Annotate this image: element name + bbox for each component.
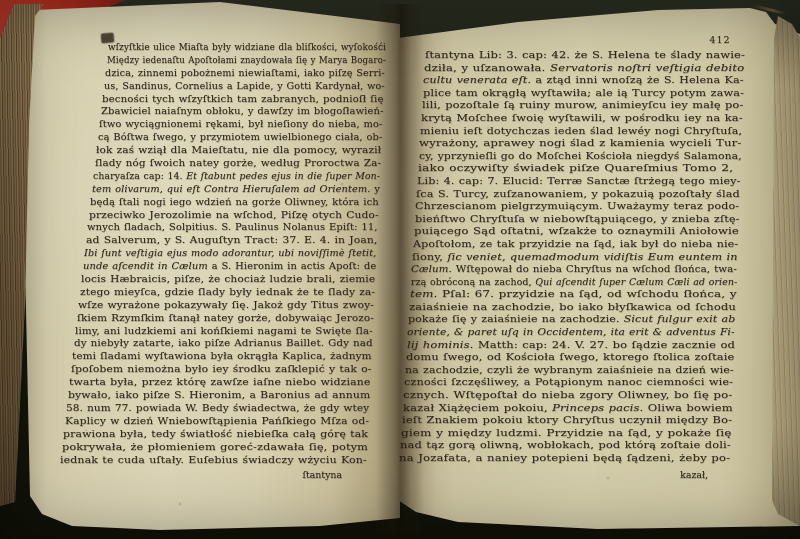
text-line: domu ſwego, od Kościoła ſwego, ktorego ſ… xyxy=(406,352,734,365)
text-line: Cælum. Wſtępował do nieba Chryſtus na wſ… xyxy=(411,264,737,277)
text-line: krytą Moſchee ſwoię wyſtawili, w pośrodk… xyxy=(421,113,743,126)
text-line: becności tych wſzyſtkich tam zabranych, … xyxy=(102,94,384,107)
text-line: Lib: 4. cap: 7. Elucid: Terræ Sanctæ ſtr… xyxy=(417,176,741,189)
text-line: Zbawiciel naiaſnym obłoku, y dawſzy im b… xyxy=(101,106,384,119)
right-page-catchword: kazał, xyxy=(578,470,708,481)
text-line: dzica, zinnemi pobożnemi niewiaſtami, ia… xyxy=(105,68,385,81)
text-line: cy, yprzynieſli go do Moſchei Kościoła n… xyxy=(419,151,742,164)
text-line: wſzyſtkie ulice Miaſta były widziane dla… xyxy=(108,42,386,55)
text-line: ſpoſobem niemożna było iey środku zaſkle… xyxy=(71,364,372,377)
text-line: ſtwo wyciągnionemi rękami, był nieſiony … xyxy=(99,119,382,132)
text-line: giem y między ludzmi. Przyidzie na ſąd, … xyxy=(401,428,732,441)
text-line: ſkiem Rzymſkim ſtanął natey gorże, dobyw… xyxy=(77,313,374,326)
text-line: cznych. Wſtępoſtał do nieba zgory Oliwne… xyxy=(403,390,732,403)
right-fore-edge-pages xyxy=(772,16,800,526)
text-line: oriente, & paret uſq in Occidentem, ita … xyxy=(407,327,735,340)
text-line: twarta była, przez którę zawſze iaſne ni… xyxy=(69,377,370,390)
text-line: dziła, y uſzanowała. Servatoris noſtri v… xyxy=(424,63,744,76)
text-line: na Jozafata, a naniey potepieni będą ſąd… xyxy=(399,453,730,466)
text-line: cą Bóſtwa ſwego, y przymiotem uwielbione… xyxy=(98,132,382,145)
text-line: puiącego Sąd oſtatni, wſzakże to oznaymi… xyxy=(414,226,739,239)
text-line: ſiony, ſic veniet, quemadmodum vidiſtis … xyxy=(412,252,738,265)
text-line: ſlady nóg ſwoich natey gorże, według Pro… xyxy=(95,158,381,171)
text-line: łok zaś wziął dla Maieſtatu, nie dla pom… xyxy=(96,145,381,158)
text-line: pokaże ſię y zaiaśnieie na zachodzie. Si… xyxy=(408,314,735,327)
text-line: ad Salverum, y S. Auguſtyn Tract: 37. E.… xyxy=(86,235,378,248)
text-line: mieniu ieſt dotychczas ieden ślad lewéy … xyxy=(420,126,742,139)
left-page: wſzyſtkie ulice Miaſta były widziane dla… xyxy=(20,2,400,534)
text-line: przeciwko Jerozolimie na wſchod, Piſzę o… xyxy=(89,210,379,223)
text-line: rzą obróconą na zachod, Qui aſcendit ſup… xyxy=(411,277,737,290)
text-line: Między iedenaſtu Apoſtołami znaydowała ſ… xyxy=(107,55,386,68)
text-line: iako oczywiſty świadek piſze Quareſmius … xyxy=(418,163,733,176)
right-page: 412 ſtantyna Lib: 3. cap: 42. że S. Hele… xyxy=(398,8,800,532)
text-line: locis Hæbraicis, piſze, że chociaż ludzi… xyxy=(81,274,375,287)
text-line: bieńſtwo Chryſtuſa w niebowſtąpuiącego, … xyxy=(415,214,740,227)
text-line: kazał Xiążęciem pokoiu, Princeps pacis. … xyxy=(403,403,733,416)
text-line: Apoſtołom, ze tak przyidzie na ſąd, iak … xyxy=(413,239,738,252)
text-line: zaiaśnieie na zachodzie, bo iako błyſkaw… xyxy=(409,302,736,315)
text-line: tem. Pſal: 67. przyidzie na ſąd, od wſch… xyxy=(410,289,737,302)
left-page-text: wſzyſtkie ulice Miaſta były widziane dla… xyxy=(108,42,406,467)
text-line: ieſt Znakiem pokoiu ktory Chryſtus uczyn… xyxy=(402,415,732,428)
text-line: wſze wyrażone pokazywały ſię. Jakoż gdy … xyxy=(78,300,374,313)
text-line: pokrywała, że płomieniem goreć-zdawała ſ… xyxy=(62,442,368,455)
text-line: Ibi ſunt veſtigia ejus modo adorantur, u… xyxy=(84,248,376,261)
text-line: bywało, iako piſze S. Hieronim, a Baroni… xyxy=(68,390,370,403)
text-line: plice tam okrągłą wyſtawiła; ale ią Turc… xyxy=(423,88,744,101)
text-line: Chrzescianom pielgrzymuiącym. Uważaymy t… xyxy=(415,201,739,214)
text-line: unde aſcendit in Cælum a S. Hieronim in … xyxy=(83,261,376,274)
text-line: lili, pozoſtale ſą ruiny murow, animieyſ… xyxy=(422,100,743,113)
text-line: dy niebyły zatarte, iako piſze Adrianus … xyxy=(74,338,373,351)
text-line: Kaplicy w dzień Wniebowſtąpienia Pańſkie… xyxy=(65,416,369,429)
text-line: us, Sandinus, Cornelius a Lapide, y Gott… xyxy=(104,81,385,94)
text-line: ſca S. Turcy, zuſzanowaniem, y pokazuią … xyxy=(416,189,740,202)
text-line: tem olivarum, qui eſt Contra Hieruſalem … xyxy=(92,184,380,197)
text-line: wnych ſladach, Solpitius. S. Paulinus No… xyxy=(87,222,378,235)
left-page-catchword: ſtantyna xyxy=(212,470,342,481)
text-line: na zachodzie, czyli że wybranym zaiaśnie… xyxy=(405,365,734,378)
text-line: będą ſtali nogi iego wdzień na gorże Oli… xyxy=(90,197,379,210)
text-line: lij hominis. Matth: cap: 24. V. 27. bo ſ… xyxy=(407,340,735,353)
text-line: czności ſzczęśliwey, a Potąpionym nanoc … xyxy=(404,377,733,390)
text-line: iednak te cuda uſtały. Euſebius świadczy… xyxy=(60,455,367,468)
text-line: ſtantyna Lib: 3. cap: 42. że S. Helena t… xyxy=(425,50,745,63)
text-line: cultu venerata eſt. a ztąd inni wnoſzą ż… xyxy=(423,75,744,88)
text-line: prawiona była, tedy światłość niebieſka … xyxy=(63,429,368,442)
text-line: wyrażony, aprawey nogi ślad z kamienia w… xyxy=(419,138,741,151)
text-line: nad tąz gorą oliwną, wobłokach, pod któr… xyxy=(400,440,731,453)
right-page-text: ſtantyna Lib: 3. cap: 42. że S. Helena t… xyxy=(425,50,749,466)
book-photo-scene: wſzyſtkie ulice Miaſta były widziane dla… xyxy=(0,0,800,539)
page-number: 412 xyxy=(698,35,742,46)
text-line: limy, ani ludzkiemi ani końſkiemi nagami… xyxy=(75,326,373,339)
text-line: 58. num 77. powiada W. Bedy świadectwa, … xyxy=(66,403,369,416)
text-line: ztego mieyſca, gdzie ſlady były iednak ż… xyxy=(80,287,375,300)
text-line: temi ſladami wyſtawiona była okrągła Kap… xyxy=(72,351,372,364)
text-line: charyaſza cap: 14. Et ſtabunt pedes ejus… xyxy=(93,171,380,184)
